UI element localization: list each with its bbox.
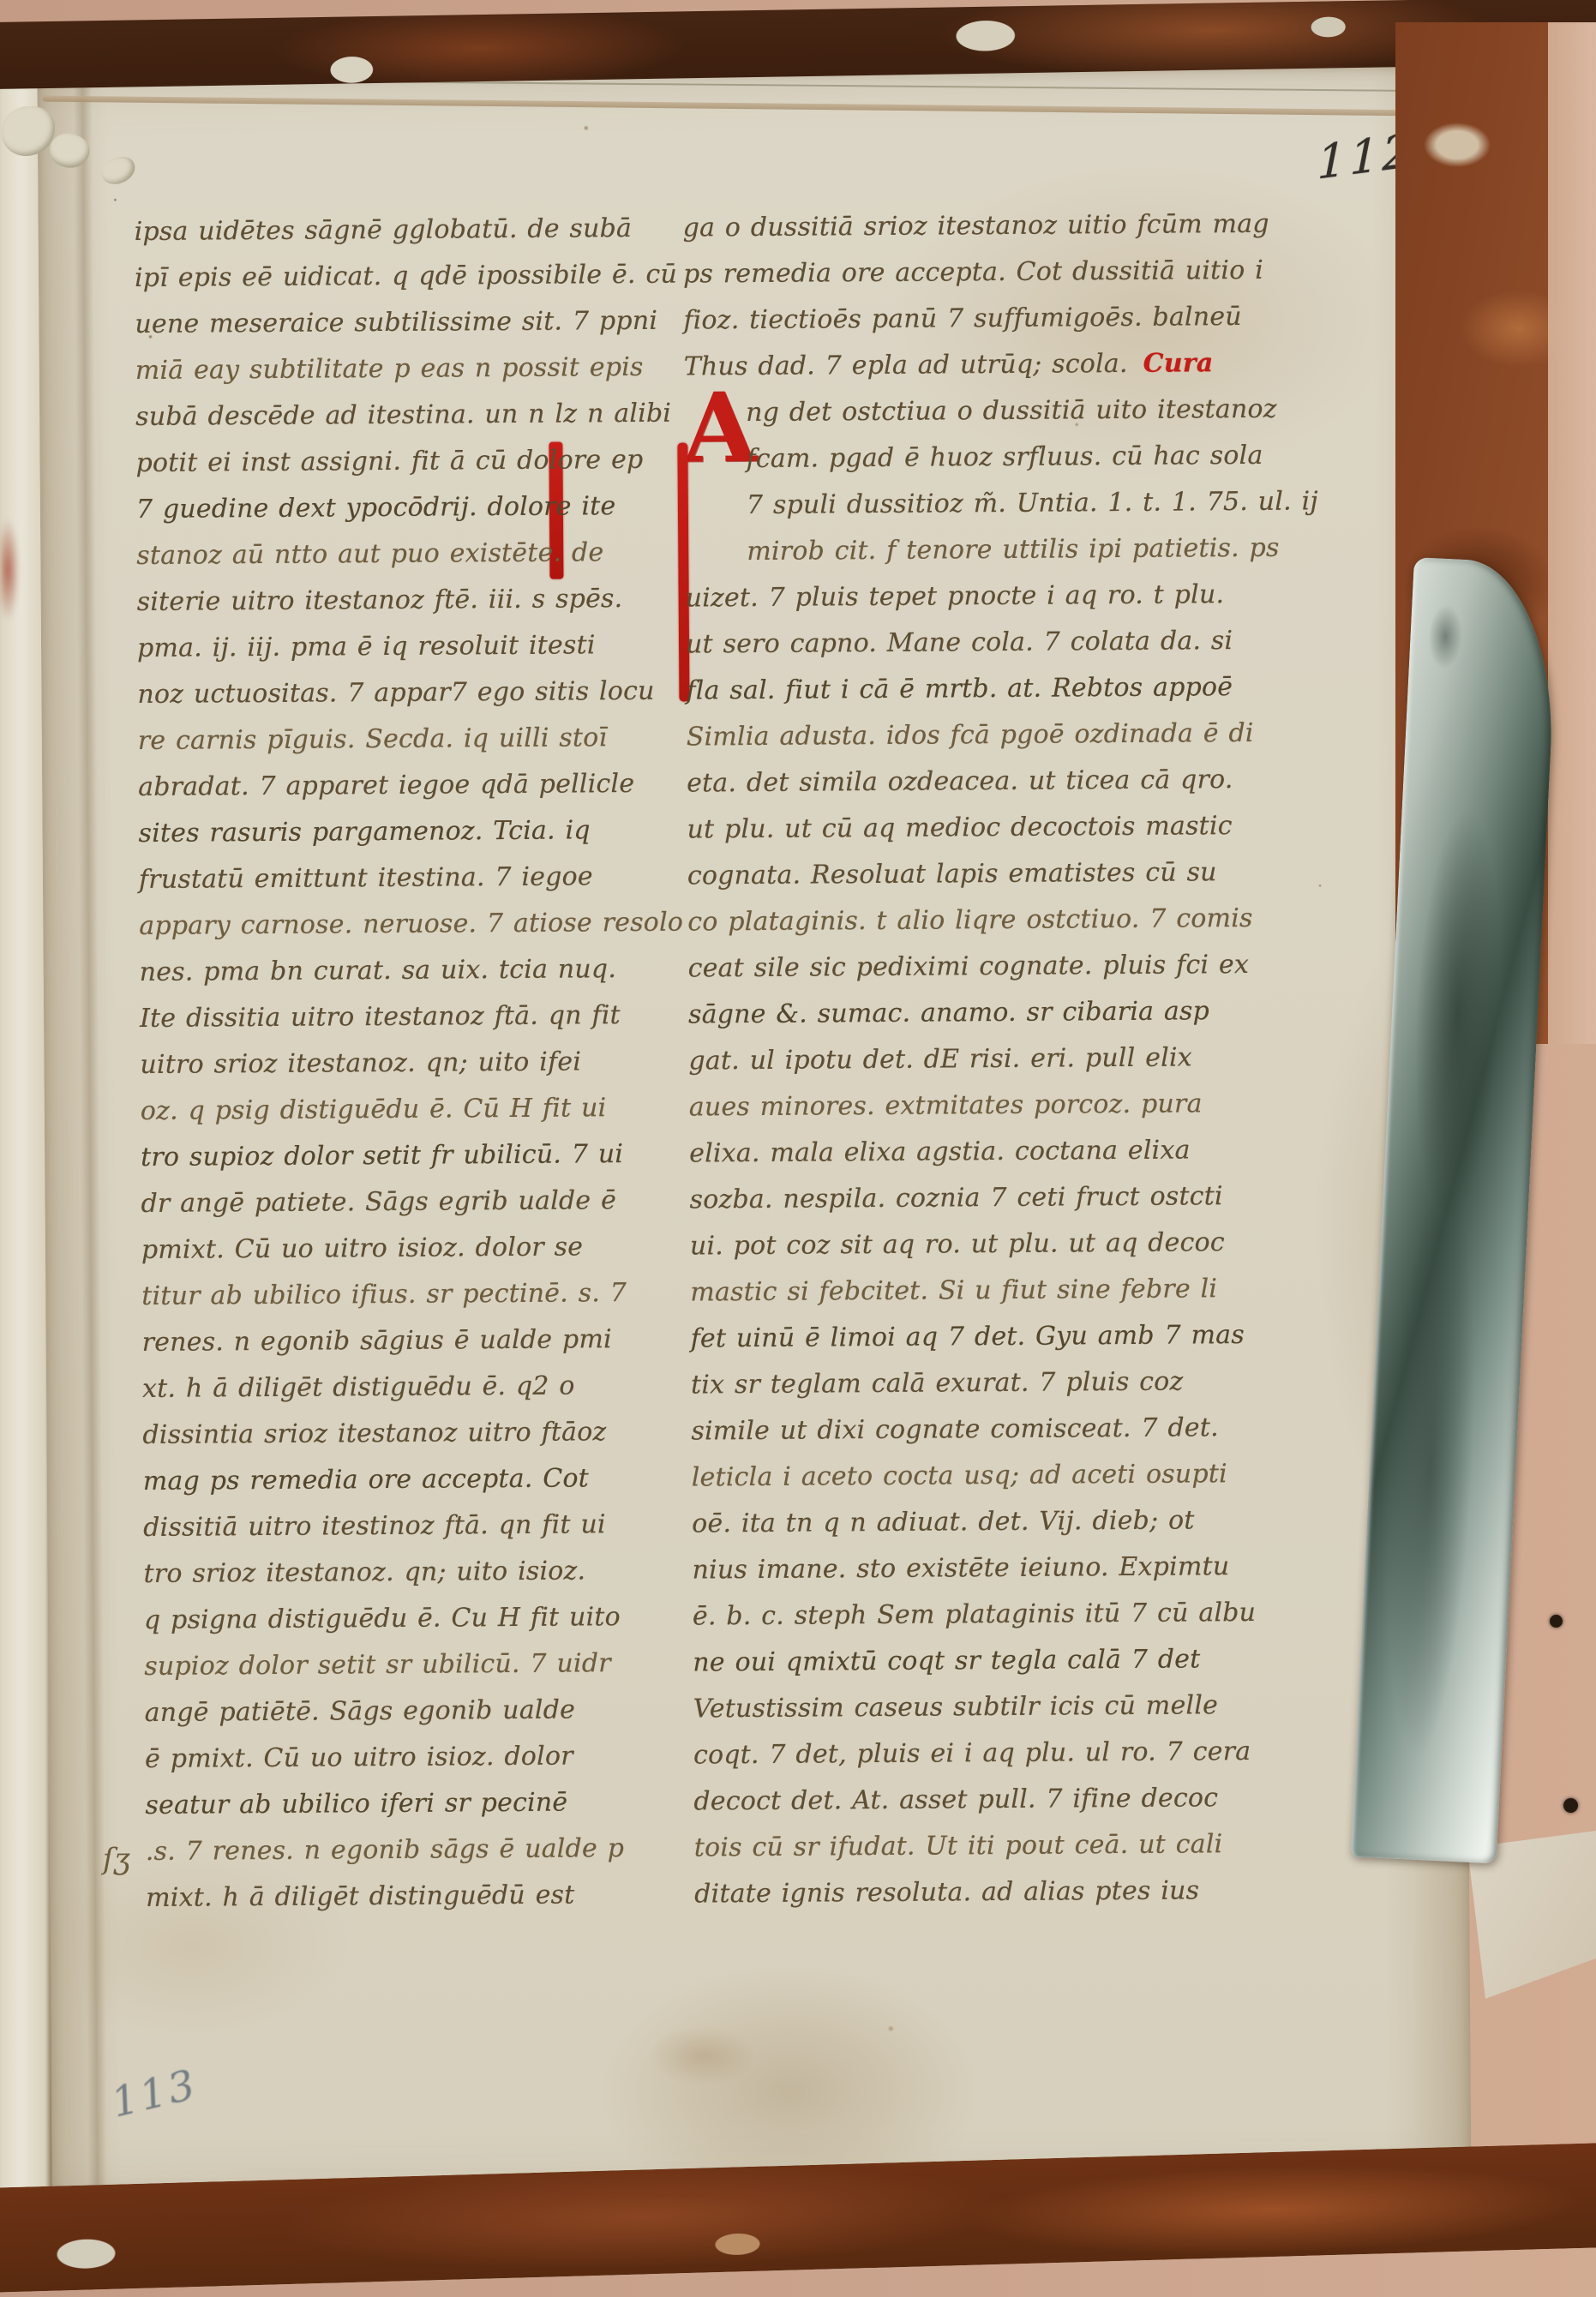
manuscript-text-line: uene meseraice subtilissime sit. 7 ppni <box>135 305 692 356</box>
manuscript-text-line: ipsa uidētes sāgnē gglobatū. de subā <box>135 213 692 263</box>
manuscript-text-line: ui. pot coz sit aq ro. ut plu. ut aq dec… <box>690 1226 1324 1277</box>
manuscript-text-line: co plataginis. t alio liqre ostctiuo. 7 … <box>687 903 1322 953</box>
manuscript-text-line: fcam. pgad ē huoz srfluus. cū hac sola <box>684 440 1318 490</box>
parchment-page: 112 A ipsa uidētes sāgnē gglobatū. de su… <box>37 62 1471 2203</box>
manuscript-text-line: 7 guedine dext ypocōdrij. dolore ite <box>136 490 693 541</box>
manuscript-text-line: potit ei inst assigni. fit ā cū dolore e… <box>135 444 693 495</box>
clasp-rivet <box>1563 1798 1578 1813</box>
manuscript-text-line: renes. n egonib sāgius ē ualde pmi <box>142 1323 699 1374</box>
manuscript-text-line: nius imane. sto existēte ieiuno. Expimtu <box>692 1550 1326 1601</box>
manuscript-text-line: fioz. tiectioēs panū 7 suffumigoēs. baln… <box>683 301 1317 351</box>
manuscript-text-line: dr angē patiete. Sāgs egrib ualde ē <box>141 1184 698 1235</box>
manuscript-text-line: angē patiētē. Sāgs egonib ualde <box>145 1694 702 1744</box>
manuscript-text-line: uizet. 7 pluis tepet pnocte i aq ro. t p… <box>686 579 1320 629</box>
manuscript-text-line: Ite dissitia uitro itestanoz ftā. qn fit <box>140 999 697 1050</box>
ink-bleed-smudge <box>0 501 26 639</box>
manuscript-text-line: frustatū emittunt itestina. 7 iegoe <box>139 861 696 911</box>
manuscript-text-line: ne oui qmixtū coqt sr tegla calā 7 det <box>693 1643 1327 1694</box>
clasp-rivet <box>1550 1615 1563 1628</box>
manuscript-text-line: q psigna distiguēdu ē. Cu H fit uito <box>144 1601 701 1652</box>
manuscript-photo: 112 A ipsa uidētes sāgnē gglobatū. de su… <box>0 0 1596 2297</box>
manuscript-text-line: stanoz aū ntto aut puo existēte. de <box>136 537 693 587</box>
cover-edge-right <box>1548 22 1596 1044</box>
manuscript-text-line: simile ut dixi cognate comisceat. 7 det. <box>691 1412 1325 1462</box>
rubric-line-text: Thus dad. 7 epla ad utrūq; scola. <box>684 349 1128 399</box>
manuscript-text-line: ipī epis eē uidicat. q qdē ipossibile ē.… <box>135 259 692 309</box>
manuscript-text-line: tix sr teglam calā exurat. 7 pluis coz <box>691 1365 1325 1416</box>
manuscript-text-line: pma. ij. iij. pma ē iq resoluit itesti <box>137 629 694 680</box>
quire-signature-mark: ſʒ <box>103 1842 130 1876</box>
manuscript-text-line: tro srioz itestanoz. qn; uito isioz. <box>143 1555 700 1605</box>
paint-chip <box>99 153 138 187</box>
manuscript-text-line: re carnis pīguis. Secda. iq uilli stoī <box>138 722 695 772</box>
manuscript-text-line: dissintia srioz itestanoz uitro ftāoz <box>142 1416 699 1466</box>
manuscript-text-line: mirob cit. f tenore uttilis ipi patietis… <box>685 532 1319 583</box>
manuscript-text-line: ut sero capno. Mane cola. 7 colata da. s… <box>686 625 1320 675</box>
text-column-right: ga o dussitiā srioz itestanoz uitio fcūm… <box>683 208 1329 1925</box>
manuscript-text-line: ditate ignis resoluta. ad alias ptes ius <box>694 1874 1329 1925</box>
manuscript-text-line: tois cū sr ifudat. Ut iti pout ceā. ut c… <box>694 1828 1329 1879</box>
manuscript-text-line: cognata. Resoluat lapis ematistes cū su <box>687 856 1322 907</box>
manuscript-text-line: mixt. h ā diligēt distinguēdū est <box>146 1879 703 1929</box>
manuscript-text-line: miā eay subtilitate p eas n possit epis <box>135 351 693 402</box>
text-column-left: ipsa uidētes sāgnē gglobatū. de subāipī … <box>135 213 704 1928</box>
manuscript-text-line: elixa. mala elixa agstia. coctana elixa <box>689 1134 1323 1184</box>
manuscript-text-line: seatur ab ubilico iferi sr pecinē <box>145 1786 702 1837</box>
manuscript-text-line: mastic si febcitet. Si u fiut sine febre… <box>690 1273 1324 1323</box>
right-column-paragraph: ng det ostctiua o dussitiā uito itestano… <box>684 393 1329 1925</box>
manuscript-text-line: ē. b. c. steph Sem plataginis itū 7 cū a… <box>693 1597 1327 1647</box>
manuscript-text-line: oz. q psig distiguēdu ē. Cū H fit ui <box>141 1092 698 1143</box>
manuscript-text-line: appary carnose. neruose. 7 atiose resolo <box>139 907 696 957</box>
manuscript-text-line: ē pmixt. Cū uo uitro isioz. dolor <box>145 1740 702 1790</box>
manuscript-text-line: nes. pma bn curat. sa uix. tcia nuq. <box>140 953 697 1004</box>
manuscript-text-line: uitro srioz itestanoz. qn; uito ifei <box>140 1046 697 1096</box>
manuscript-text-line: sāgne &. sumac. anamo. sr cibaria asp <box>688 995 1323 1046</box>
manuscript-text-line: tro supioz dolor setit fr ubilicū. 7 ui <box>141 1138 698 1189</box>
manuscript-text-line: pmixt. Cū uo uitro isioz. dolor se <box>141 1231 699 1281</box>
manuscript-text-line: ut plu. ut cū aq medioc decoctois mastic <box>687 810 1321 861</box>
rubric-heading-line: Thus dad. 7 epla ad utrūq; scola. Cura <box>684 347 1318 398</box>
manuscript-text-line: Vetustissim caseus subtilr icis cū melle <box>693 1689 1328 1740</box>
manuscript-text-line: dissitiā uitro itestinoz ftā. qn fit ui <box>143 1508 700 1559</box>
manuscript-text-line: sites rasuris pargamenoz. Tcia. iq <box>138 814 695 865</box>
manuscript-text-line: abradat. 7 apparet iegoe qdā pellicle <box>138 768 695 819</box>
manuscript-text-line: eta. det simila ozdeacea. ut ticea cā qr… <box>687 764 1321 814</box>
manuscript-text-line: titur ab ubilico ifius. sr pectinē. s. 7 <box>141 1277 699 1328</box>
manuscript-text-line: gat. ul ipotu det. dE risi. eri. pull el… <box>688 1041 1323 1092</box>
manuscript-text-line: ga o dussitiā srioz itestanoz uitio fcūm… <box>683 208 1317 259</box>
manuscript-text-line: xt. h ā diligēt distiguēdu ē. q2 o <box>142 1370 699 1420</box>
manuscript-text-line: oē. ita tn q n adiuat. det. Vij. dieb; o… <box>692 1504 1326 1555</box>
manuscript-text-line: noz uctuositas. 7 appar7 ego sitis locu <box>137 675 694 726</box>
manuscript-text-line: supioz dolor setit sr ubilicū. 7 uidr <box>144 1647 701 1698</box>
manuscript-text-line: mag ps remedia ore accepta. Cot <box>143 1462 700 1513</box>
manuscript-text-line: aues minores. extmitates porcoz. pura <box>689 1088 1323 1138</box>
manuscript-text-line: 7 spuli dussitioz m̃. Untia. 1. t. 1. 75… <box>685 486 1319 537</box>
manuscript-text-line: siterie uitro itestanoz ftē. iii. s spēs… <box>137 583 694 633</box>
manuscript-text-line: fet uinū ē limoi aq 7 det. Gyu amb 7 mas <box>691 1319 1325 1370</box>
paint-chip <box>2 106 55 156</box>
manuscript-text-line: ng det ostctiua o dussitiā uito itestano… <box>684 393 1318 444</box>
manuscript-text-line: ps remedia ore accepta. Cot dussitiā uit… <box>683 255 1317 305</box>
cover-corner-chips <box>0 82 197 219</box>
manuscript-text-line: subā descēde ad itestina. un n lz n alib… <box>135 398 693 448</box>
rubric-cura: Cura <box>1143 348 1214 395</box>
manuscript-text-line: fla sal. fiut i cā ē mrtb. at. Rebtos ap… <box>686 671 1320 722</box>
right-column-intro: ga o dussitiā srioz itestanoz uitio fcūm… <box>683 208 1318 351</box>
manuscript-text-line: Simlia adusta. idos fcā pgoē ozdinada ē … <box>687 717 1321 768</box>
manuscript-text-line: decoct det. At. asset pull. 7 ifine deco… <box>693 1782 1328 1832</box>
manuscript-text-line: sozba. nespila. coznia 7 ceti fruct ostc… <box>689 1180 1323 1231</box>
manuscript-text-line: ceat sile sic pediximi cognate. pluis fc… <box>688 949 1323 999</box>
manuscript-text-line: leticla i aceto cocta usq; ad aceti osup… <box>692 1458 1326 1508</box>
manuscript-text-line: .s. 7 renes. n egonib sāgs ē ualde p <box>146 1832 703 1883</box>
manuscript-text-line: coqt. 7 det, pluis ei i aq plu. ul ro. 7… <box>693 1736 1328 1786</box>
